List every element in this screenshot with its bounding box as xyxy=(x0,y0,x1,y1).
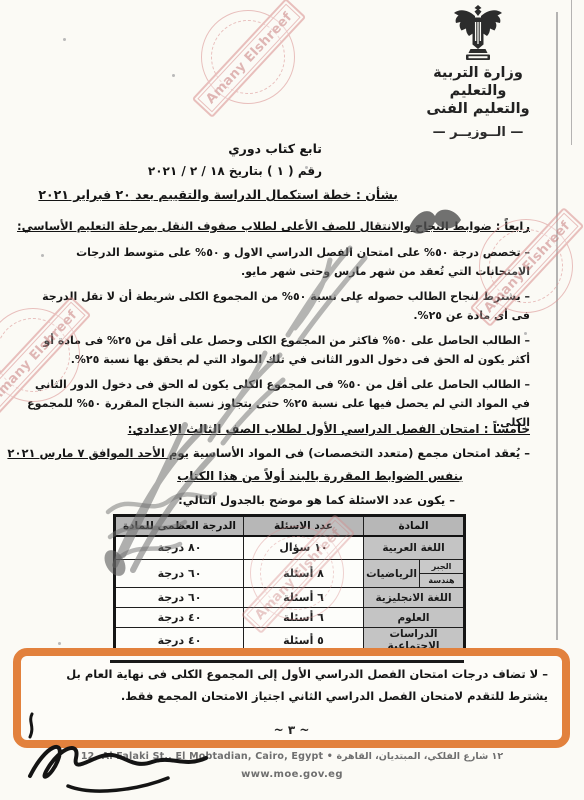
table-bottom-border-line xyxy=(110,660,464,663)
approval-stamp: Amany Elshreef xyxy=(189,0,309,118)
footer-bullet-separator: • xyxy=(327,751,333,762)
subject-cell: اللغة العربية xyxy=(364,536,465,560)
minister-title: — الــوزيــر — xyxy=(404,125,552,140)
followup-circular-line: تابع كتاب دوري xyxy=(228,141,322,156)
approval-stamp: Amany Elshreef xyxy=(238,514,358,634)
subject-cell-math: الجبر هندسة الرياضيات xyxy=(364,560,465,588)
approval-stamp: Amany Elshreef xyxy=(467,207,584,327)
math-sub-geometry: هندسة xyxy=(420,574,463,587)
gray-signature-scribble xyxy=(100,482,220,567)
ministry-name-line1: وزارة التربية والتعليم xyxy=(404,64,552,100)
scan-noise-dot xyxy=(63,38,66,41)
scanned-circular-page: وزارة التربية والتعليم والتعليم الفنى — … xyxy=(0,0,584,800)
math-sub-algebra: الجبر xyxy=(420,560,463,574)
score-cell: ٦٠ درجة xyxy=(115,588,244,608)
letterhead: وزارة التربية والتعليم والتعليم الفنى — … xyxy=(404,4,552,140)
subject-cell: اللغة الانجليزية xyxy=(364,588,465,608)
egypt-eagle-emblem-icon xyxy=(451,4,505,62)
ministry-name-line2: والتعليم الفنى xyxy=(404,100,552,118)
scan-edge-line xyxy=(571,0,572,145)
circular-number-date-line: رقم ( ١ ) بتاريخ ١٨ / ٢ / ٢٠٢١ xyxy=(148,164,322,178)
subject-cell: العلوم xyxy=(364,608,465,628)
callout-note-text: – لا تضاف درجات امتحان الفصل الدراسي الأ… xyxy=(21,656,562,708)
ink-blot-scribble xyxy=(405,200,465,242)
gray-signature-scribble xyxy=(270,240,370,345)
approval-stamp: Amany Elshreef xyxy=(0,296,94,416)
footer-address-ar: ١٢ شارع الفلكي، المبتديان، القاهرة xyxy=(337,751,504,762)
col-header-subject: المادة xyxy=(364,516,465,536)
handwritten-signature xyxy=(18,726,228,798)
scan-noise-dot xyxy=(172,74,175,77)
subject-line: بشأن : خطة استكمال الدراسة والتقييم بعد … xyxy=(38,187,398,202)
score-cell: ٤٠ درجة xyxy=(115,608,244,628)
math-branch-stack: الجبر هندسة xyxy=(419,560,463,587)
subject-label-math: الرياضيات xyxy=(364,560,419,587)
scan-noise-dot xyxy=(58,642,61,645)
same-rules-line: بنفس الضوابط المقررة بالبند أولاً من هذا… xyxy=(177,469,463,483)
